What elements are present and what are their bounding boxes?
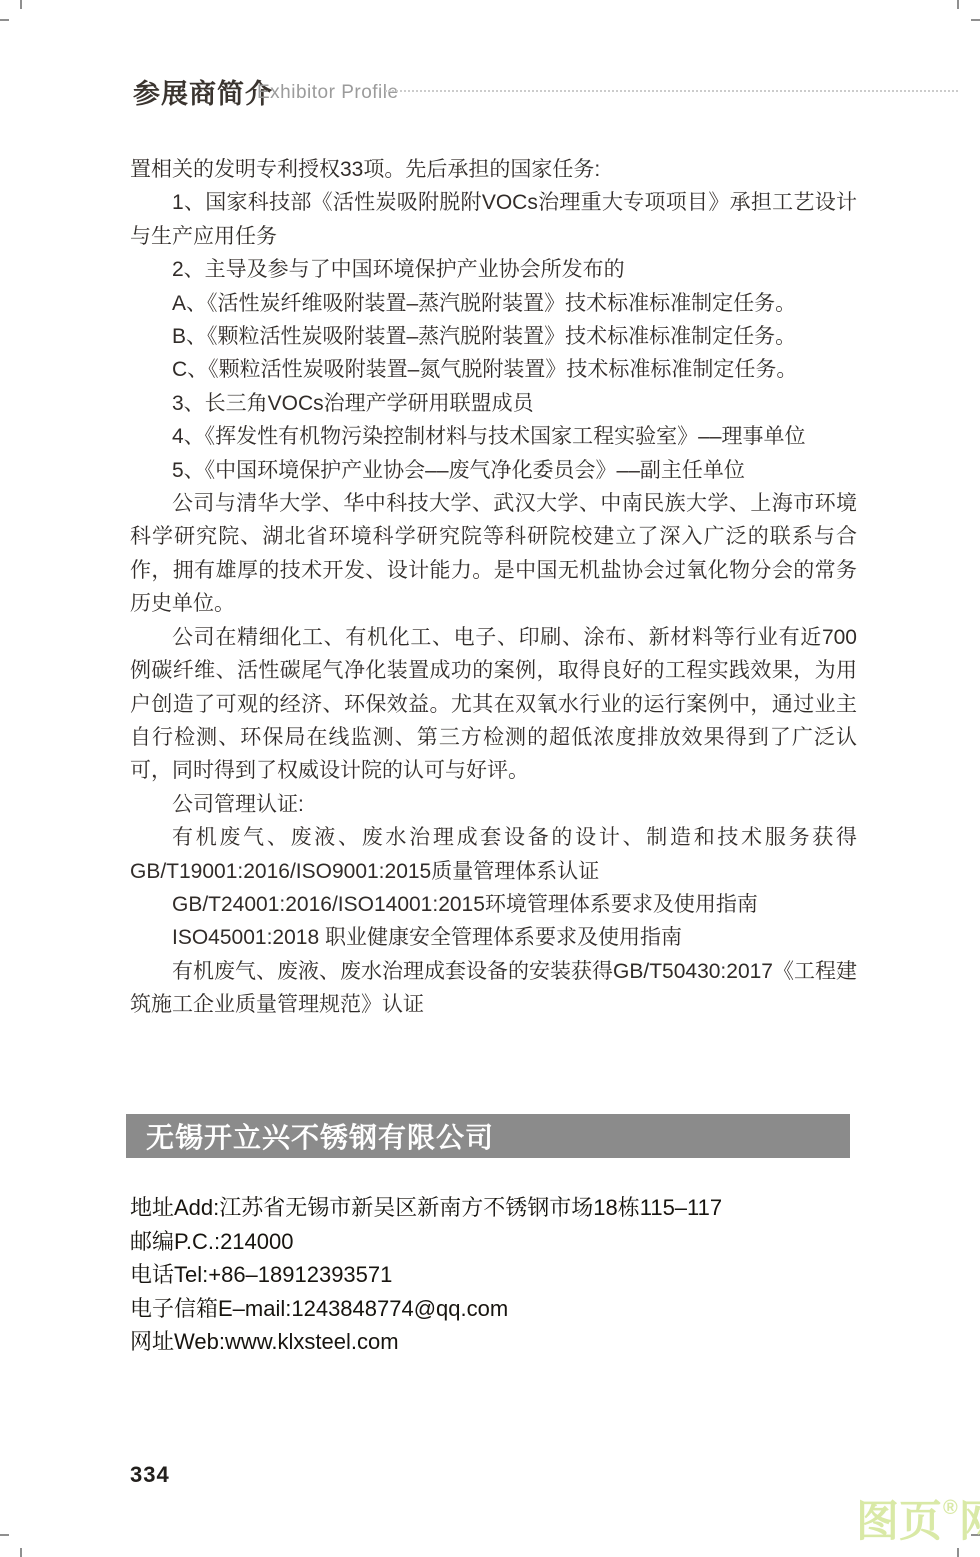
paragraph: 1、国家科技部《活性炭吸附脱附VOCs治理重大专项项目》承担工艺设计与生产应用任… [130, 186, 857, 253]
page-number: 334 [130, 1462, 170, 1488]
crop-mark-bottom-left-h [0, 1534, 9, 1536]
paragraph: GB/T24001:2016/ISO14001:2015环境管理体系要求及使用指… [130, 888, 857, 921]
section-title-cn: 参展商简介 [133, 72, 273, 111]
contact-website: 网址Web:www.klxsteel.com [130, 1325, 857, 1359]
paragraph: A、《活性炭纤维吸附装置–蒸汽脱附装置》技术标准标准制定任务。 [130, 287, 857, 320]
crop-mark-top-right-h [971, 19, 980, 21]
paragraph: ISO45001:2018 职业健康安全管理体系要求及使用指南 [130, 921, 857, 954]
paragraph: 3、长三角VOCs治理产学研用联盟成员 [130, 387, 857, 420]
paragraph: B、《颗粒活性炭吸附装置–蒸汽脱附装置》技术标准标准制定任务。 [130, 320, 857, 353]
paragraph: 5、《中国环境保护产业协会––废气净化委员会》––副主任单位 [130, 454, 857, 487]
crop-mark-top-right-v [957, 0, 959, 9]
paragraph: 公司与清华大学、华中科技大学、武汉大学、中南民族大学、上海市环境科学研究院、湖北… [130, 487, 857, 621]
paragraph: C、《颗粒活性炭吸附装置–氮气脱附装置》技术标准标准制定任务。 [130, 353, 857, 386]
crop-mark-top-left-h [0, 19, 9, 21]
crop-mark-bottom-right-v [957, 1548, 959, 1557]
paragraph: 有机废气、废液、废水治理成套设备的设计、制造和技术服务获得GB/T19001:2… [130, 821, 857, 888]
contact-email: 电子信箱E–mail:1243848774@qq.com [130, 1292, 857, 1326]
paragraph: 4、《挥发性有机物污染控制材料与技术国家工程实验室》––理事单位 [130, 420, 857, 453]
company-header-bar: 无锡开立兴不锈钢有限公司 [126, 1114, 850, 1158]
company-name: 无锡开立兴不锈钢有限公司 [126, 1116, 494, 1156]
contact-phone: 电话Tel:+86–18912393571 [130, 1258, 857, 1292]
paragraph: 2、主导及参与了中国环境保护产业协会所发布的 [130, 253, 857, 286]
paragraph: 有机废气、废液、废水治理成套设备的安装获得GB/T50430:2017《工程建筑… [130, 955, 857, 1022]
paragraph: 置相关的发明专利授权33项。先后承担的国家任务: [130, 153, 857, 186]
registered-mark-icon: ® [943, 1497, 958, 1519]
section-title-en: Exhibitor Profile [257, 82, 399, 104]
contact-postcode: 邮编P.C.:214000 [130, 1225, 857, 1259]
profile-text-block: 置相关的发明专利授权33项。先后承担的国家任务: 1、国家科技部《活性炭吸附脱附… [130, 153, 857, 1022]
paragraph: 公司在精细化工、有机化工、电子、印刷、涂布、新材料等行业有近700例碳纤维、活性… [130, 621, 857, 788]
watermark-logo: 图页®网 [856, 1498, 980, 1544]
crop-mark-bottom-left-v [20, 1548, 22, 1557]
contact-block: 地址Add:江苏省无锡市新吴区新南方不锈钢市场18栋115–117 邮编P.C.… [130, 1191, 857, 1359]
crop-mark-top-left-v [20, 0, 22, 9]
paragraph: 公司管理认证: [130, 788, 857, 821]
watermark-main: 图页 [856, 1498, 942, 1546]
watermark-tail: 网 [959, 1498, 980, 1546]
header-dotted-rule [385, 90, 958, 92]
document-page: 参展商简介 Exhibitor Profile 置相关的发明专利授权33项。先后… [0, 0, 980, 1557]
contact-address: 地址Add:江苏省无锡市新吴区新南方不锈钢市场18栋115–117 [130, 1191, 857, 1225]
